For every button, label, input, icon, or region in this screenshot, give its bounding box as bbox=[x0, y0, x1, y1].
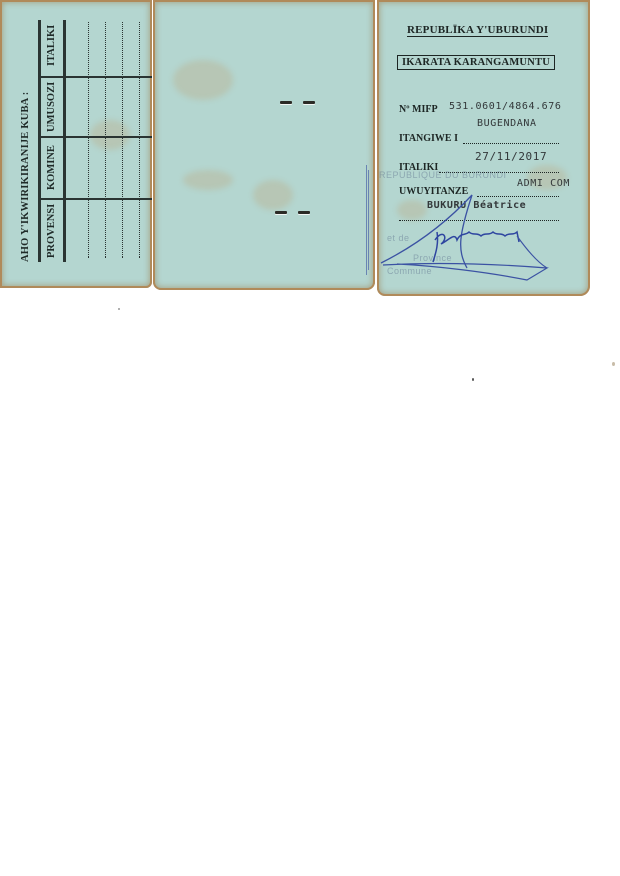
entry-line bbox=[122, 22, 123, 258]
ink-mark bbox=[366, 165, 367, 275]
staple-slit bbox=[303, 101, 315, 104]
col-italiki: ITALIKI bbox=[46, 25, 57, 66]
scan-speck bbox=[118, 308, 120, 310]
stain bbox=[183, 170, 233, 190]
residence-heading: AHO Y'IKWIRIKIRANIJE KUBA : bbox=[20, 92, 31, 262]
table-rule-header bbox=[63, 20, 66, 262]
col-komine: KOMINE bbox=[46, 145, 57, 190]
staple-slit bbox=[275, 211, 287, 214]
staple-slit bbox=[298, 211, 310, 214]
entry-line bbox=[105, 22, 106, 258]
signature-icon bbox=[377, 0, 590, 296]
card-panel-right: REPUBLĪKA Y'UBURUNDI IKARATA KARANGAMUNT… bbox=[377, 0, 590, 296]
entry-line bbox=[139, 22, 140, 258]
table-rule-top bbox=[38, 20, 41, 262]
scan-speck bbox=[612, 362, 615, 366]
entry-line bbox=[88, 22, 89, 258]
residence-table: AHO Y'IKWIRIKIRANIJE KUBA : PROVENSI KOM… bbox=[0, 0, 152, 288]
col-sep-3 bbox=[40, 76, 152, 78]
card-panel-left: AHO Y'IKWIRIKIRANIJE KUBA : PROVENSI KOM… bbox=[0, 0, 152, 288]
col-sep-1 bbox=[40, 198, 152, 200]
col-umusozi: UMUSOZI bbox=[46, 82, 57, 132]
stain bbox=[173, 60, 233, 100]
staple-slit bbox=[280, 101, 292, 104]
card-panel-middle bbox=[153, 0, 375, 290]
col-sep-2 bbox=[40, 136, 152, 138]
stain bbox=[253, 180, 293, 210]
ink-mark bbox=[368, 170, 369, 270]
col-provensi: PROVENSI bbox=[46, 204, 57, 258]
scan-speck bbox=[472, 378, 474, 381]
